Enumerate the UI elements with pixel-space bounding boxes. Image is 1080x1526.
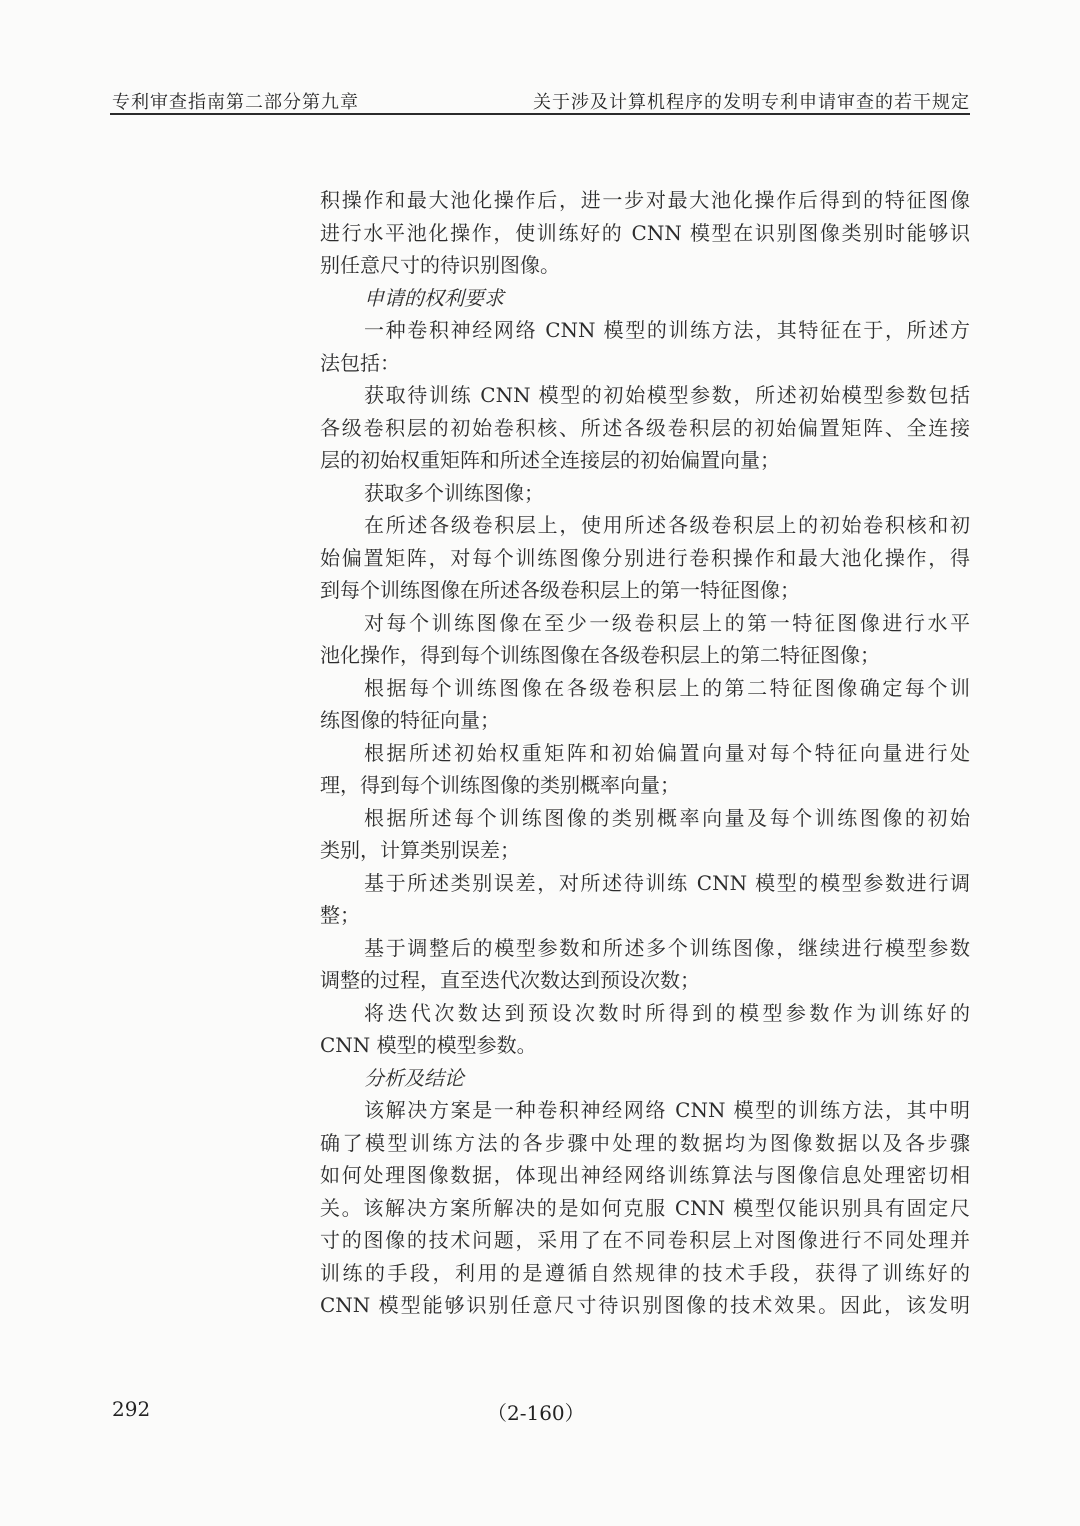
text-line: 到每个训练图像在所述各级卷积层上的第一特征图像； [320, 574, 970, 607]
text-line: 理，得到每个训练图像的类别概率向量； [320, 769, 970, 802]
body-text: 积操作和最大池化操作后，进一步对最大池化操作后得到的特征图像进行水平池化操作，使… [320, 184, 970, 1322]
header-section-title: 关于涉及计算机程序的发明专利申请审查的若干规定 [533, 88, 970, 114]
text-line: 调整的过程，直至迭代次数达到预设次数； [320, 964, 970, 997]
text-line: 寸的图像的技术问题，采用了在不同卷积层上对图像进行不同处理并 [320, 1224, 970, 1257]
text-line: 进行水平池化操作，使训练好的 CNN 模型在识别图像类别时能够识 [320, 217, 970, 250]
text-line: 始偏置矩阵，对每个训练图像分别进行卷积操作和最大池化操作，得 [320, 542, 970, 575]
text-line: 层的初始权重矩阵和所述全连接层的初始偏置向量； [320, 444, 970, 477]
text-line: 确了模型训练方法的各步骤中处理的数据均为图像数据以及各步骤 [320, 1127, 970, 1160]
text-line: 训练的手段，利用的是遵循自然规律的技术手段，获得了训练好的 [320, 1257, 970, 1290]
section-heading: 分析及结论 [320, 1062, 970, 1095]
text-line: 基于所述类别误差，对所述待训练 CNN 模型的模型参数进行调 [320, 867, 970, 900]
text-line: 积操作和最大池化操作后，进一步对最大池化操作后得到的特征图像 [320, 184, 970, 217]
text-line: 根据所述每个训练图像的类别概率向量及每个训练图像的初始 [320, 802, 970, 835]
text-line: CNN 模型能够识别任意尺寸待识别图像的技术效果。因此，该发明 [320, 1289, 970, 1322]
text-line: 获取待训练 CNN 模型的初始模型参数，所述初始模型参数包括 [320, 379, 970, 412]
text-line: 根据所述初始权重矩阵和初始偏置向量对每个特征向量进行处 [320, 737, 970, 770]
text-line: 将迭代次数达到预设次数时所得到的模型参数作为训练好的 [320, 997, 970, 1030]
running-header: 专利审查指南第二部分第九章 关于涉及计算机程序的发明专利申请审查的若干规定 [112, 88, 970, 114]
text-line: 池化操作，得到每个训练图像在各级卷积层上的第二特征图像； [320, 639, 970, 672]
text-line: 法包括： [320, 347, 970, 380]
text-line: 各级卷积层的初始卷积核、所述各级卷积层的初始偏置矩阵、全连接 [320, 412, 970, 445]
page-number: 292 [112, 1397, 150, 1421]
text-line: 如何处理图像数据，体现出神经网络训练算法与图像信息处理密切相 [320, 1159, 970, 1192]
text-line: 对每个训练图像在至少一级卷积层上的第一特征图像进行水平 [320, 607, 970, 640]
section-heading: 申请的权利要求 [320, 282, 970, 315]
text-line: 练图像的特征向量； [320, 704, 970, 737]
text-line: 该解决方案是一种卷积神经网络 CNN 模型的训练方法，其中明 [320, 1094, 970, 1127]
text-line: CNN 模型的模型参数。 [320, 1029, 970, 1062]
section-code: （2-160） [487, 1397, 585, 1426]
text-line: 别任意尺寸的待识别图像。 [320, 249, 970, 282]
text-line: 获取多个训练图像； [320, 477, 970, 510]
text-line: 类别，计算类别误差； [320, 834, 970, 867]
text-line: 在所述各级卷积层上，使用所述各级卷积层上的初始卷积核和初 [320, 509, 970, 542]
text-line: 一种卷积神经网络 CNN 模型的训练方法，其特征在于，所述方 [320, 314, 970, 347]
text-line: 关。该解决方案所解决的是如何克服 CNN 模型仅能识别具有固定尺 [320, 1192, 970, 1225]
text-line: 根据每个训练图像在各级卷积层上的第二特征图像确定每个训 [320, 672, 970, 705]
text-line: 基于调整后的模型参数和所述多个训练图像，继续进行模型参数 [320, 932, 970, 965]
header-divider [110, 113, 970, 115]
text-line: 整； [320, 899, 970, 932]
header-chapter-title: 专利审查指南第二部分第九章 [112, 88, 359, 114]
